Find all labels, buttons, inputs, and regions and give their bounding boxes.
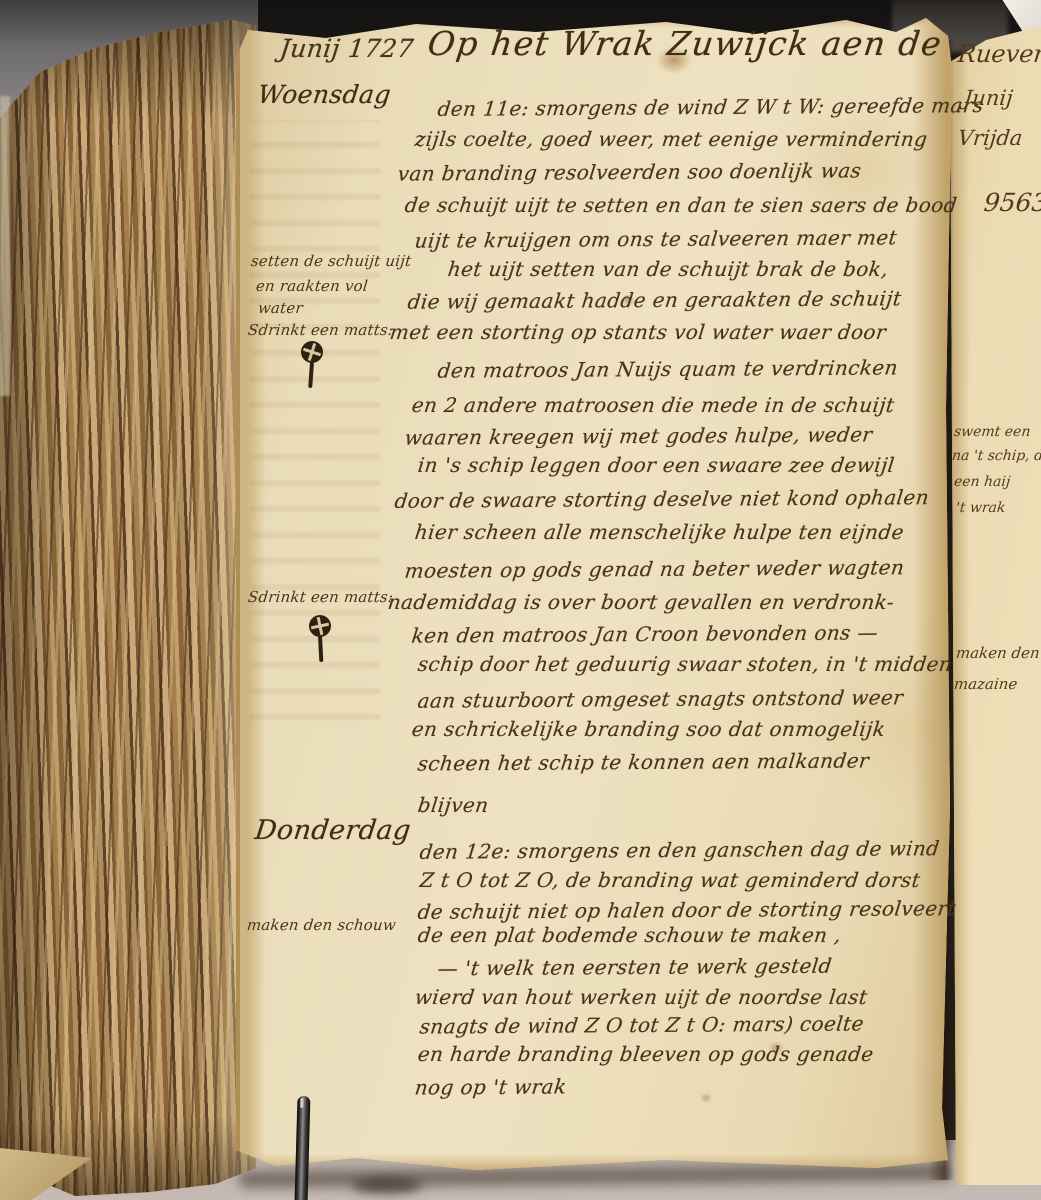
manuscript-line: waaren kreegen wij met godes hulpe, wede… [403,422,873,449]
manuscript-photograph: Junij 1727 Op het Wrak Zuwijck aen de Wo… [0,0,1041,1200]
manuscript-line: hier scheen alle menschelijke hulpe ten … [414,520,906,544]
manuscript-line: de schuijt uijt te setten en dan te sien… [404,193,959,217]
manuscript-line: uijt te kruijgen om ons te salveeren mae… [413,225,898,252]
manuscript-line: met een storting op stants vol water wae… [389,320,888,344]
manuscript-line: de schuijt niet op halen door de stortin… [416,896,957,924]
manuscript-line: in 's schip leggen door een swaare zee d… [417,453,897,477]
manuscript-line: nog op 't wrak [414,1074,568,1099]
next-page-margin-note: swemt een [953,424,1031,440]
manuscript-line: schip door het geduurig swaar stoten, in… [417,652,954,676]
next-page-margin-note: 't wrak [955,500,1006,516]
next-page-margin-note: mazaine [953,675,1018,693]
loose-page-sliver [0,96,10,396]
manuscript-line: en schrickelijke branding soo dat onmoge… [411,717,887,741]
manuscript-line: den 12e: smorgens en den ganschen dag de… [418,836,941,864]
manuscript-line: Z t O tot Z O, de branding wat geminderd… [419,868,922,892]
manuscript-line: en harde branding bleeven op gods genade [417,1042,876,1066]
manuscript-line: blijven [417,793,491,817]
next-page-margin-note: na 't schip, d [951,448,1041,464]
margin-note: setten de schuijt uijt [250,252,412,270]
next-page-edge [946,0,1041,1185]
manuscript-line: snagts de wind Z O tot Z t O: mars) coel… [418,1011,865,1038]
day-label-donderdag: Donderdag [253,815,413,846]
death-cross-icon [305,612,337,666]
manuscript-line: wierd van hout werken uijt de noordse la… [414,985,869,1009]
page-title: Op het Wrak Zuwijck aen de [426,24,945,63]
manuscript-line: nademiddag is over boort gevallen en ver… [387,590,896,614]
next-page-text: Ruever [957,40,1041,68]
manuscript-line: door de swaare storting deselve niet kon… [393,485,930,513]
margin-note: Sdrinkt een matts: [247,321,394,339]
next-page-text: Junij [963,86,1014,110]
manuscript-line: ken den matroos Jan Croon bevonden ons — [410,620,879,647]
page-edge-stack [0,0,256,1200]
table-smudge [352,1178,422,1194]
next-page-margin-note: maken den [955,644,1041,662]
next-page-number: 9563 [982,188,1041,217]
manuscript-line: moesten op gods genad na beter weder wag… [403,555,905,582]
manuscript-line: de een plat bodemde schouw te maken , [417,923,843,947]
margin-note: Sdrinkt een matts: [247,588,394,606]
manuscript-line: en 2 andere matroosen die mede in de sch… [411,393,896,417]
next-page-text: Vrijda [957,126,1024,150]
manuscript-line: van branding resolveerden soo doenlijk w… [396,158,862,185]
manuscript-line: — 't welk ten eersten te werk gesteld [436,954,833,981]
journal-date: Junij 1727 [278,34,415,63]
manuscript-line: aan stuurboort omgeset snagts ontstond w… [416,685,904,712]
day-label-woensdag: Woensdag [256,80,392,109]
margin-note: en raakten vol [255,277,369,295]
manuscript-line: die wij gemaakt hadde en geraakten de sc… [406,286,902,313]
death-cross-icon [297,338,329,392]
manuscript-line: den 11e: smorgens de wind Z W t W: geree… [436,93,985,121]
next-page-margin-note: een haij [953,474,1011,490]
manuscript-line: zijls coelte, goed weer, met eenige verm… [414,127,929,151]
manuscript-line: scheen het schip te konnen aen malkander [416,748,870,775]
margin-note: water [257,299,304,317]
margin-note: maken den schouw [246,916,397,934]
manuscript-line: het uijt setten van de schuijt brak de b… [447,257,890,281]
manuscript-line: den matroos Jan Nuijs quam te verdrincke… [436,355,899,382]
